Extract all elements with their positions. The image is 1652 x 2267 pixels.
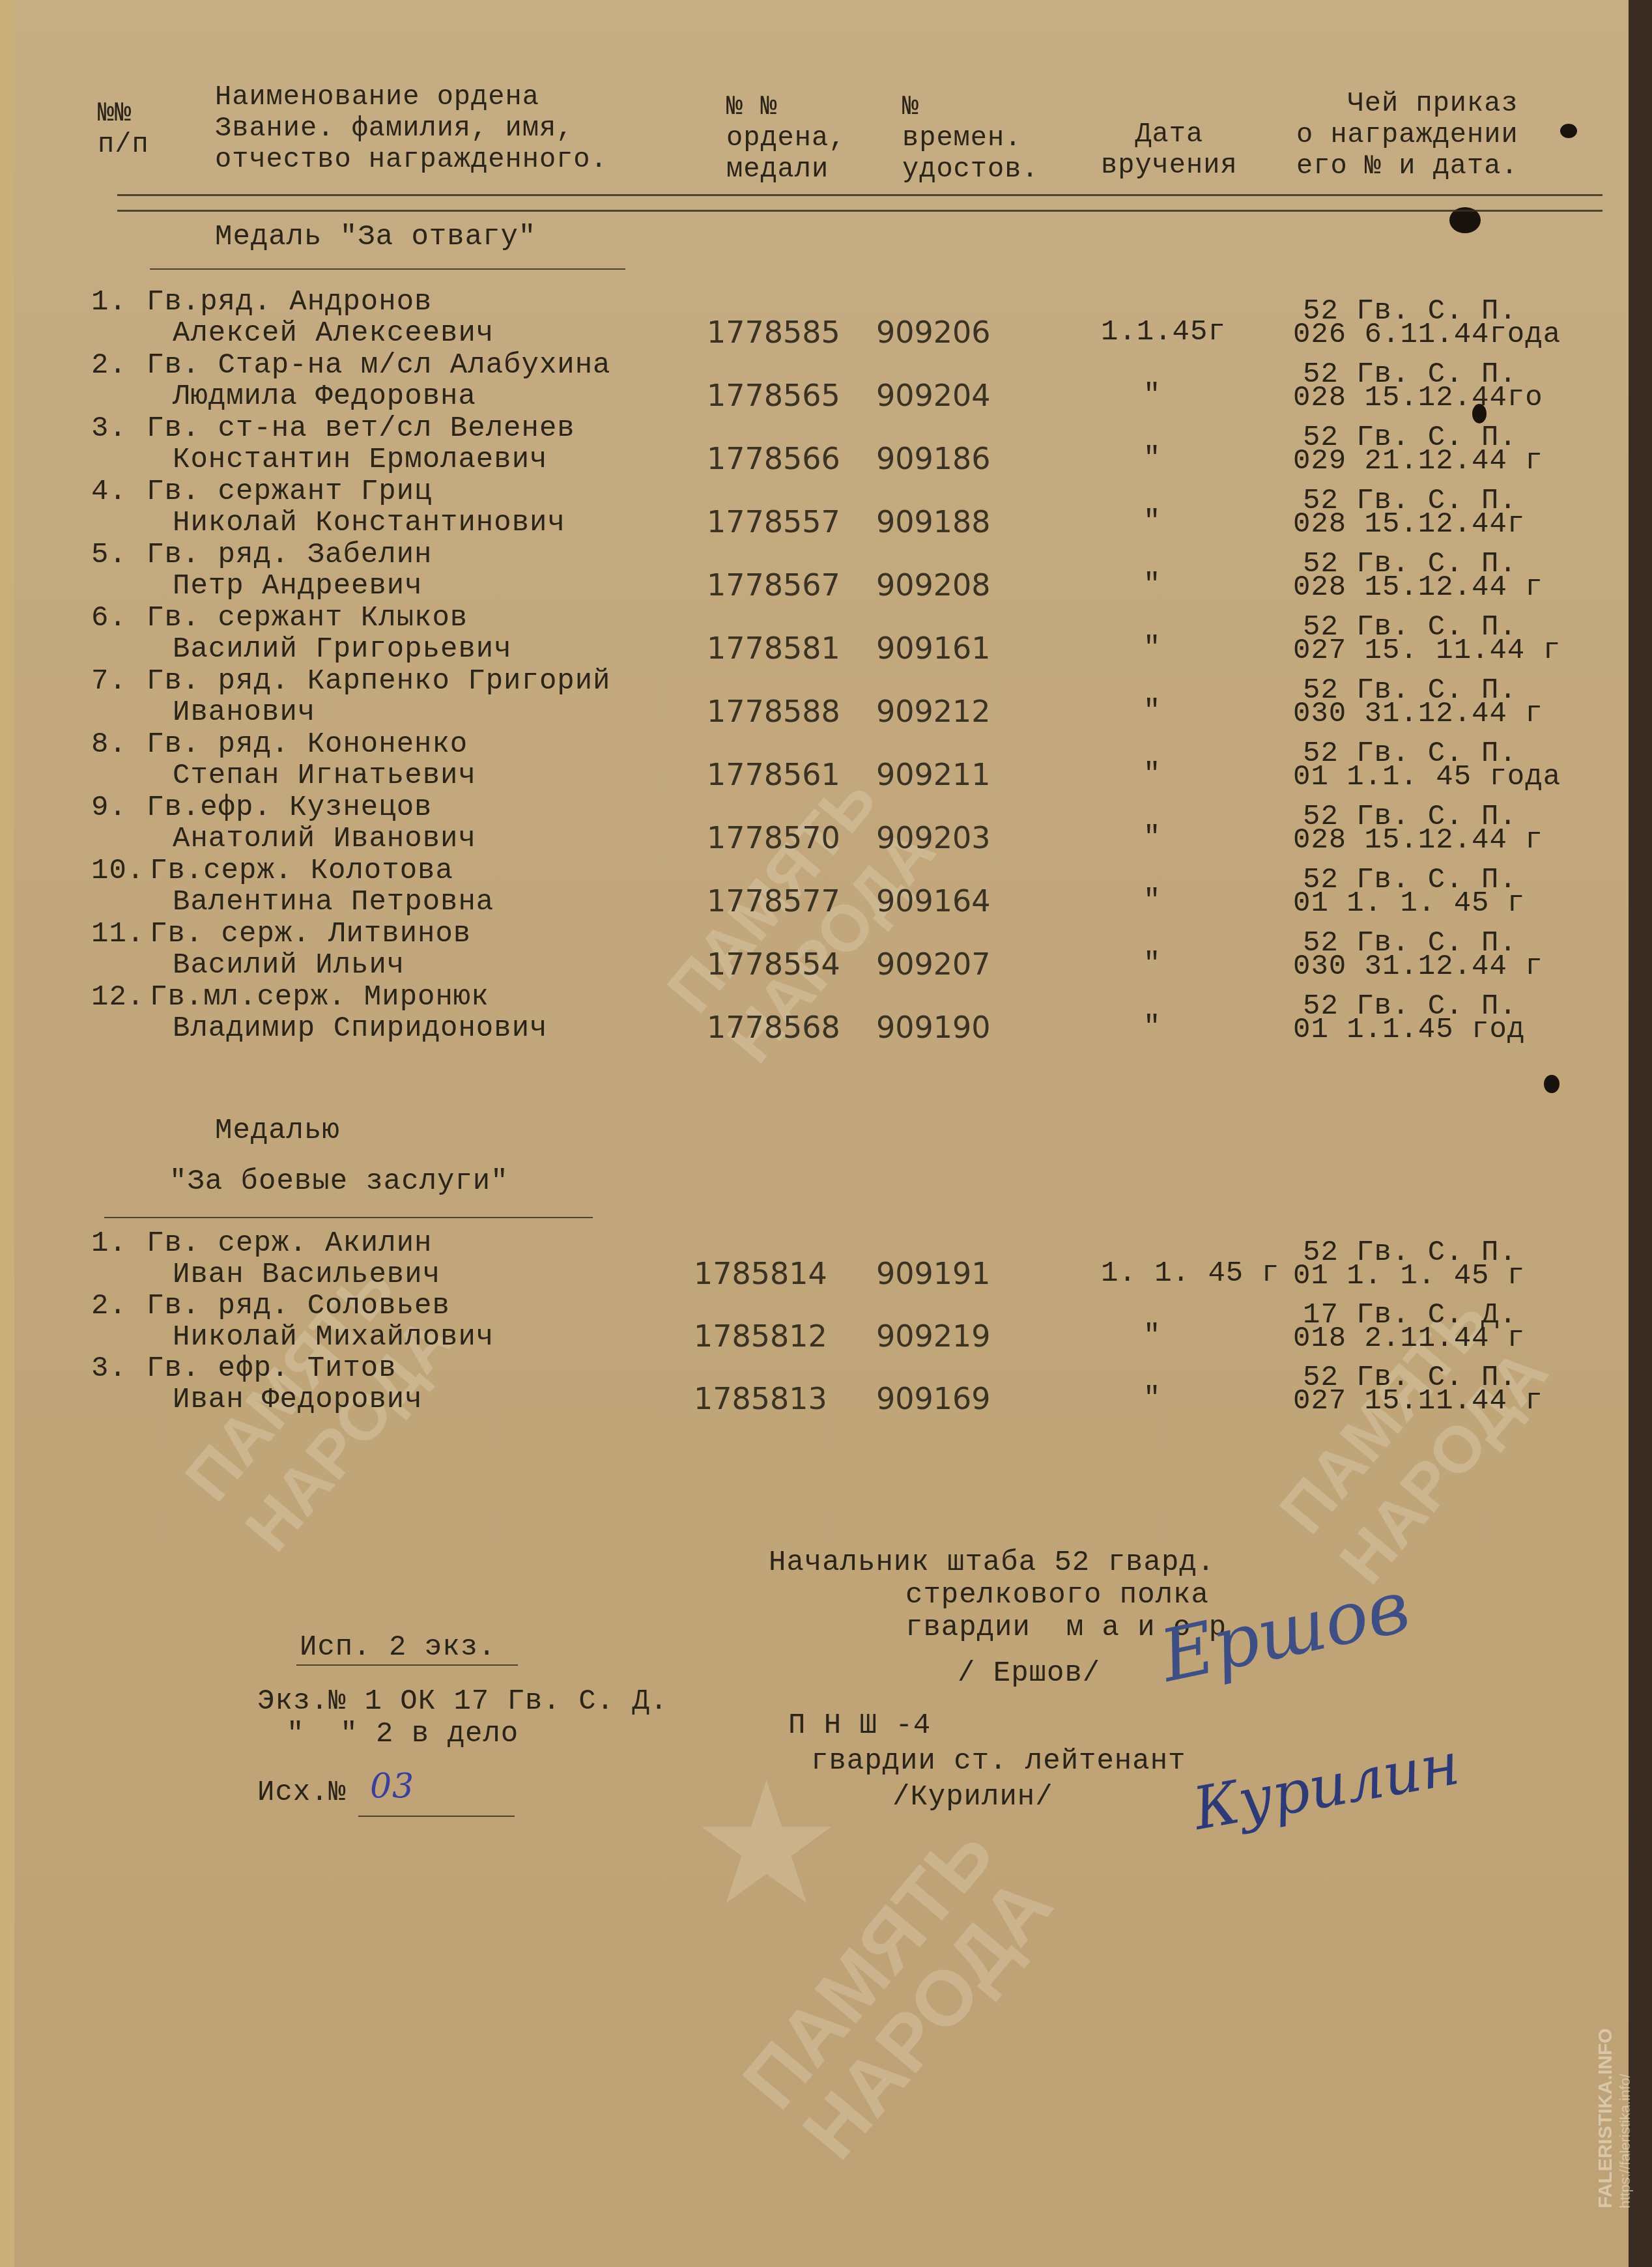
given-names: Иван Васильевич [173, 1259, 440, 1290]
certificate-number: 909207 [876, 948, 991, 980]
presentation-date: " [1143, 822, 1161, 853]
medal-number: 1778581 [707, 633, 840, 664]
section-title-line1: Медалью [215, 1115, 340, 1147]
order-reference: 01 1. 1. 45 г [1293, 888, 1525, 919]
header-col-number: №№ п/п [98, 98, 149, 160]
certificate-number: 909186 [876, 443, 991, 474]
given-names: Николай Михайлович [173, 1322, 494, 1353]
medal-number: 1778554 [707, 948, 840, 980]
page-right-edge [1629, 0, 1652, 2267]
medal-number: 1778567 [707, 569, 840, 601]
presentation-date: 1. 1. 45 г [1101, 1258, 1279, 1289]
rank-surname: Гв. ряд. Соловьев [147, 1290, 450, 1322]
row-number: 3. [91, 1353, 127, 1384]
certificate-number: 909161 [876, 633, 991, 664]
presentation-date: " [1143, 759, 1161, 790]
certificate-number: 909164 [876, 885, 991, 917]
row-number: 4. [91, 476, 127, 507]
paper-hole [1544, 1075, 1559, 1093]
header-col-medal-number: № № ордена, медали [726, 91, 846, 185]
copies-note: Исп. 2 экз. [300, 1632, 496, 1663]
rank-surname: Гв. ряд. Забелин [147, 539, 432, 571]
order-reference: 027 15. 11.44 г [1293, 635, 1561, 666]
pnsh-title-line1: П Н Ш -4 [788, 1710, 931, 1741]
presentation-date: " [1143, 633, 1161, 664]
rank-surname: Гв. серж. Литвинов [150, 919, 471, 950]
copy-1-note: Экз.№ 1 ОК 17 Гв. С. Д. [257, 1686, 668, 1717]
row-number: 10. [91, 855, 145, 887]
order-reference: 030 31.12.44 г [1293, 698, 1543, 730]
footer-rule [296, 1664, 518, 1666]
rank-surname: Гв.серж. Колотова [150, 855, 453, 887]
header-col-date: Дата вручения [1101, 119, 1238, 181]
rank-surname: Гв. ст-на вет/сл Веленев [147, 413, 575, 444]
given-names: Иванович [173, 697, 315, 728]
certificate-number: 909191 [876, 1258, 991, 1289]
certificate-number: 909208 [876, 569, 991, 601]
presentation-date: " [1143, 1320, 1161, 1352]
row-number: 2. [91, 1290, 127, 1322]
rank-surname: Гв.ряд. Андронов [147, 287, 432, 318]
order-reference: 018 2.11.44 г [1293, 1323, 1525, 1354]
certificate-number: 909219 [876, 1320, 991, 1352]
presentation-date: 1.1.45г [1101, 317, 1226, 348]
rank-surname: Гв. Стар-на м/сл Алабухина [147, 350, 611, 381]
given-names: Иван Федорович [173, 1384, 423, 1416]
rank-surname: Гв.ефр. Кузнецов [147, 792, 432, 823]
presentation-date: " [1143, 948, 1161, 980]
given-names: Валентина Петровна [173, 887, 494, 918]
certificate-number: 909204 [876, 380, 991, 411]
medal-number: 1778570 [707, 822, 840, 853]
medal-number: 1785812 [694, 1320, 827, 1352]
given-names: Алексей Алексеевич [173, 318, 494, 349]
order-reference: 028 15.12.44г [1293, 509, 1525, 540]
header-rule [117, 194, 1602, 196]
pnsh-title-line2: гвардии ст. лейтенант [811, 1746, 1186, 1777]
given-names: Людмила Федоровна [173, 381, 476, 412]
certificate-number: 909206 [876, 317, 991, 348]
certificate-number: 909190 [876, 1012, 991, 1043]
row-number: 7. [91, 666, 127, 697]
rank-surname: Гв.мл.серж. Миронюк [150, 982, 489, 1013]
header-col-order: Чей приказ о награждении его № и дата. [1296, 88, 1518, 182]
page-left-edge [0, 0, 14, 2267]
footer-rule [358, 1816, 515, 1817]
presentation-date: " [1143, 506, 1161, 537]
outgoing-number-label: Исх.№ [257, 1777, 347, 1808]
pnsh-name: /Курилин/ [892, 1782, 1053, 1813]
outgoing-number: 03 [370, 1771, 414, 1802]
presentation-date: " [1143, 1383, 1161, 1414]
order-reference: 028 15.12.44 г [1293, 572, 1543, 603]
row-number: 5. [91, 539, 127, 571]
medal-number: 1778568 [707, 1012, 840, 1043]
paper-hole [1560, 124, 1577, 138]
given-names: Петр Андреевич [173, 571, 423, 602]
order-reference: 027 15.11.44 г [1293, 1386, 1543, 1417]
medal-number: 1778585 [707, 317, 840, 348]
copy-2-note: " " 2 в дело [287, 1718, 519, 1750]
row-number: 3. [91, 413, 127, 444]
section-title-combat-merit: "За боевые заслуги" [169, 1166, 509, 1197]
given-names: Анатолий Иванович [173, 823, 476, 855]
order-reference: 028 15.12.44го [1293, 382, 1543, 414]
given-names: Николай Константинович [173, 507, 565, 539]
section-title-bravery: Медаль "За отвагу" [215, 221, 536, 253]
section-rule [104, 1217, 593, 1218]
medal-number: 1778561 [707, 759, 840, 790]
chief-title-line1: Начальник штаба 52 гвард. [769, 1547, 1215, 1578]
medal-number: 1785814 [694, 1258, 827, 1289]
row-number: 6. [91, 603, 127, 634]
row-number: 12. [91, 982, 145, 1013]
order-reference: 01 1.1.45 год [1293, 1014, 1525, 1046]
row-number: 1. [91, 287, 127, 318]
rank-surname: Гв. ряд. Кононенко [147, 729, 468, 760]
medal-number: 1778566 [707, 443, 840, 474]
given-names: Василий Ильич [173, 950, 405, 981]
rank-surname: Гв. сержант Гриц [147, 476, 432, 507]
certificate-number: 909169 [876, 1383, 991, 1414]
section-rule [150, 268, 625, 270]
row-number: 8. [91, 729, 127, 760]
certificate-number: 909188 [876, 506, 991, 537]
header-col-name: Наименование ордена Звание. фамилия, имя… [215, 81, 608, 175]
rank-surname: Гв. серж. Акилин [147, 1228, 432, 1259]
medal-number: 1785813 [694, 1383, 827, 1414]
order-reference: 028 15.12.44 г [1293, 825, 1543, 856]
site-watermark: FALERISTIKA.INFO https://faleristika.inf… [1595, 2028, 1634, 2208]
row-number: 2. [91, 350, 127, 381]
site-name: FALERISTIKA.INFO [1595, 2028, 1617, 2208]
medal-number: 1778557 [707, 506, 840, 537]
order-reference: 029 21.12.44 г [1293, 446, 1543, 477]
row-number: 1. [91, 1228, 127, 1259]
header-col-cert-number: № времен. удостов. [902, 91, 1039, 185]
certificate-number: 909211 [876, 759, 991, 790]
medal-number: 1778588 [707, 696, 840, 727]
given-names: Владимир Спиридонович [173, 1013, 548, 1044]
rank-surname: Гв. сержант Клыков [147, 603, 468, 634]
order-reference: 01 1.1. 45 года [1293, 762, 1561, 793]
given-names: Василий Григорьевич [173, 634, 512, 665]
given-names: Константин Ермолаевич [173, 444, 548, 476]
presentation-date: " [1143, 380, 1161, 411]
chief-name: / Ершов/ [958, 1658, 1100, 1689]
rank-surname: Гв. ефр. Титов [147, 1353, 397, 1384]
presentation-date: " [1143, 1012, 1161, 1043]
certificate-number: 909203 [876, 822, 991, 853]
medal-number: 1778565 [707, 380, 840, 411]
header-rule [117, 210, 1602, 212]
presentation-date: " [1143, 885, 1161, 917]
presentation-date: " [1143, 569, 1161, 601]
presentation-date: " [1143, 696, 1161, 727]
medal-number: 1778577 [707, 885, 840, 917]
certificate-number: 909212 [876, 696, 991, 727]
row-number: 11. [91, 919, 145, 950]
presentation-date: " [1143, 443, 1161, 474]
chief-title-line2: стрелкового полка [905, 1580, 1209, 1611]
given-names: Степан Игнатьевич [173, 760, 476, 791]
order-reference: 030 31.12.44 г [1293, 951, 1543, 982]
rank-surname: Гв. ряд. Карпенко Григорий [147, 666, 611, 697]
order-reference: 01 1. 1. 45 г [1293, 1261, 1525, 1292]
row-number: 9. [91, 792, 127, 823]
order-reference: 026 6.11.44года [1293, 319, 1561, 350]
site-url: https://faleristika.info/ [1617, 2028, 1634, 2208]
